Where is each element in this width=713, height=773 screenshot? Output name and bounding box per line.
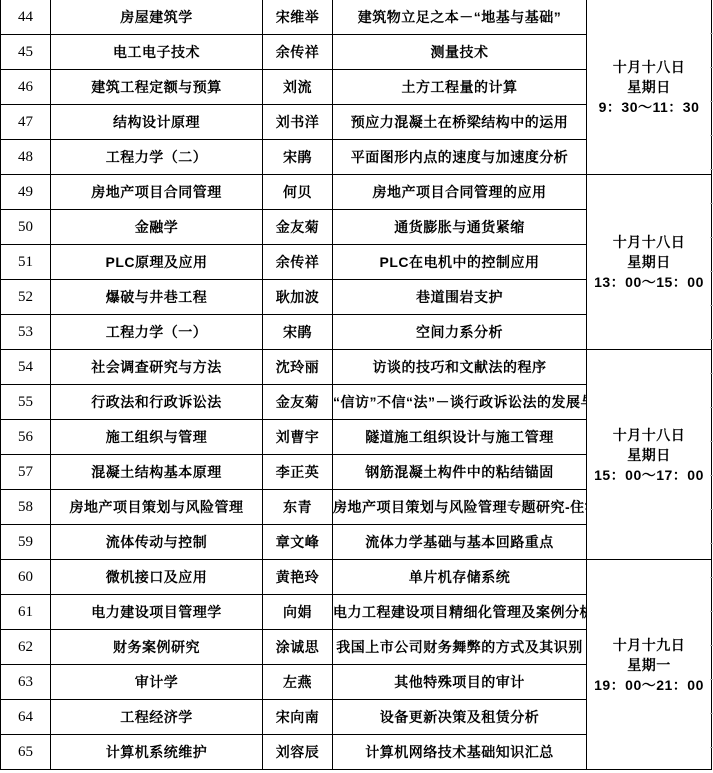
course-name-cell: 微机接口及应用 (51, 560, 263, 595)
row-number-cell: 50 (1, 210, 51, 245)
time-range-line: 19：00～21：00 (587, 675, 711, 695)
weekday-line: 星期日 (587, 252, 711, 272)
teacher-name-cell: 余传祥 (263, 245, 333, 280)
teacher-name-cell: 沈玲丽 (263, 350, 333, 385)
row-number-cell: 53 (1, 315, 51, 350)
course-name-cell: 计算机系统维护 (51, 735, 263, 770)
time-range-line: 15：00～17：00 (587, 465, 711, 485)
course-name-cell: 电工电子技术 (51, 35, 263, 70)
lecture-topic-cell: 计算机网络技术基础知识汇总 (333, 735, 587, 770)
teacher-name-cell: 金友菊 (263, 210, 333, 245)
date-line: 十月十八日 (587, 57, 711, 77)
teacher-name-cell: 黄艳玲 (263, 560, 333, 595)
course-name-cell: 工程力学（一） (51, 315, 263, 350)
teacher-name-cell: 宋鹃 (263, 140, 333, 175)
schedule-tbody: 44房屋建筑学宋维举建筑物立足之本－“地基与基础”十月十八日星期日9：30～11… (1, 0, 712, 770)
teacher-name-cell: 余传祥 (263, 35, 333, 70)
lecture-topic-cell: 平面图形内点的速度与加速度分析 (333, 140, 587, 175)
teacher-name-cell: 东青 (263, 490, 333, 525)
lecture-topic-cell: 建筑物立足之本－“地基与基础” (333, 0, 587, 35)
lecture-topic-cell: “信访”不信“法”－谈行政诉讼法的发展与变迁 (333, 385, 587, 420)
row-number-cell: 54 (1, 350, 51, 385)
row-number-cell: 48 (1, 140, 51, 175)
row-number-cell: 47 (1, 105, 51, 140)
lecture-topic-cell: 其他特殊项目的审计 (333, 665, 587, 700)
row-number-cell: 55 (1, 385, 51, 420)
row-number-cell: 49 (1, 175, 51, 210)
weekday-line: 星期一 (587, 655, 711, 675)
course-name-cell: 财务案例研究 (51, 630, 263, 665)
teacher-name-cell: 宋鹃 (263, 315, 333, 350)
lecture-topic-cell: 空间力系分析 (333, 315, 587, 350)
teacher-name-cell: 何贝 (263, 175, 333, 210)
course-name-cell: 社会调查研究与方法 (51, 350, 263, 385)
table-row: 44房屋建筑学宋维举建筑物立足之本－“地基与基础”十月十八日星期日9：30～11… (1, 0, 712, 35)
course-name-cell: 施工组织与管理 (51, 420, 263, 455)
weekday-line: 星期日 (587, 77, 711, 97)
row-number-cell: 46 (1, 70, 51, 105)
lecture-topic-cell: 土方工程量的计算 (333, 70, 587, 105)
lecture-topic-cell: 房地产项目合同管理的应用 (333, 175, 587, 210)
course-name-cell: 房地产项目策划与风险管理 (51, 490, 263, 525)
course-name-cell: 流体传动与控制 (51, 525, 263, 560)
schedule-datetime-cell: 十月十八日星期日13：00～15：00 (587, 175, 712, 350)
row-number-cell: 60 (1, 560, 51, 595)
row-number-cell: 61 (1, 595, 51, 630)
row-number-cell: 59 (1, 525, 51, 560)
course-name-cell: 建筑工程定额与预算 (51, 70, 263, 105)
table-row: 54社会调查研究与方法沈玲丽访谈的技巧和文献法的程序十月十八日星期日15：00～… (1, 350, 712, 385)
course-name-cell: 房屋建筑学 (51, 0, 263, 35)
lecture-topic-cell: 巷道围岩支护 (333, 280, 587, 315)
table-row: 49房地产项目合同管理何贝房地产项目合同管理的应用十月十八日星期日13：00～1… (1, 175, 712, 210)
course-name-cell: 审计学 (51, 665, 263, 700)
time-range-line: 9：30～11：30 (587, 97, 711, 117)
course-name-cell: 电力建设项目管理学 (51, 595, 263, 630)
date-line: 十月十八日 (587, 232, 711, 252)
teacher-name-cell: 耿加波 (263, 280, 333, 315)
lecture-topic-cell: 房地产项目策划与风险管理专题研究-住宅产业化 (333, 490, 587, 525)
lecture-topic-cell: 流体力学基础与基本回路重点 (333, 525, 587, 560)
course-name-cell: 金融学 (51, 210, 263, 245)
teacher-name-cell: 向娟 (263, 595, 333, 630)
row-number-cell: 58 (1, 490, 51, 525)
schedule-datetime-cell: 十月十八日星期日9：30～11：30 (587, 0, 712, 175)
lecture-topic-cell: 访谈的技巧和文献法的程序 (333, 350, 587, 385)
lecture-topic-cell: PLC在电机中的控制应用 (333, 245, 587, 280)
lecture-topic-cell: 通货膨胀与通货紧缩 (333, 210, 587, 245)
teacher-name-cell: 刘容辰 (263, 735, 333, 770)
course-name-cell: 混凝土结构基本原理 (51, 455, 263, 490)
lecture-topic-cell: 设备更新决策及租赁分析 (333, 700, 587, 735)
lecture-topic-cell: 电力工程建设项目精细化管理及案例分析 (333, 595, 587, 630)
row-number-cell: 65 (1, 735, 51, 770)
row-number-cell: 44 (1, 0, 51, 35)
row-number-cell: 57 (1, 455, 51, 490)
course-schedule-table: 44房屋建筑学宋维举建筑物立足之本－“地基与基础”十月十八日星期日9：30～11… (0, 0, 712, 770)
time-range-line: 13：00～15：00 (587, 272, 711, 292)
lecture-topic-cell: 单片机存储系统 (333, 560, 587, 595)
table-row: 60微机接口及应用黄艳玲单片机存储系统十月十九日星期一19：00～21：00 (1, 560, 712, 595)
teacher-name-cell: 刘流 (263, 70, 333, 105)
teacher-name-cell: 刘书洋 (263, 105, 333, 140)
teacher-name-cell: 左燕 (263, 665, 333, 700)
lecture-topic-cell: 我国上市公司财务舞弊的方式及其识别 (333, 630, 587, 665)
row-number-cell: 63 (1, 665, 51, 700)
date-line: 十月十九日 (587, 635, 711, 655)
course-name-cell: 工程经济学 (51, 700, 263, 735)
date-line: 十月十八日 (587, 425, 711, 445)
teacher-name-cell: 宋维举 (263, 0, 333, 35)
course-name-cell: 爆破与井巷工程 (51, 280, 263, 315)
course-name-cell: 工程力学（二） (51, 140, 263, 175)
row-number-cell: 56 (1, 420, 51, 455)
teacher-name-cell: 李正英 (263, 455, 333, 490)
lecture-topic-cell: 隧道施工组织设计与施工管理 (333, 420, 587, 455)
teacher-name-cell: 金友菊 (263, 385, 333, 420)
row-number-cell: 45 (1, 35, 51, 70)
course-name-cell: 行政法和行政诉讼法 (51, 385, 263, 420)
teacher-name-cell: 涂诚思 (263, 630, 333, 665)
course-name-cell: 房地产项目合同管理 (51, 175, 263, 210)
teacher-name-cell: 章文峰 (263, 525, 333, 560)
lecture-topic-cell: 预应力混凝土在桥梁结构中的运用 (333, 105, 587, 140)
lecture-topic-cell: 测量技术 (333, 35, 587, 70)
course-name-cell: 结构设计原理 (51, 105, 263, 140)
weekday-line: 星期日 (587, 445, 711, 465)
schedule-datetime-cell: 十月十八日星期日15：00～17：00 (587, 350, 712, 560)
row-number-cell: 62 (1, 630, 51, 665)
row-number-cell: 52 (1, 280, 51, 315)
teacher-name-cell: 宋向南 (263, 700, 333, 735)
course-name-cell: PLC原理及应用 (51, 245, 263, 280)
lecture-topic-cell: 钢筋混凝土构件中的粘结锚固 (333, 455, 587, 490)
row-number-cell: 51 (1, 245, 51, 280)
row-number-cell: 64 (1, 700, 51, 735)
teacher-name-cell: 刘曹宇 (263, 420, 333, 455)
schedule-datetime-cell: 十月十九日星期一19：00～21：00 (587, 560, 712, 770)
